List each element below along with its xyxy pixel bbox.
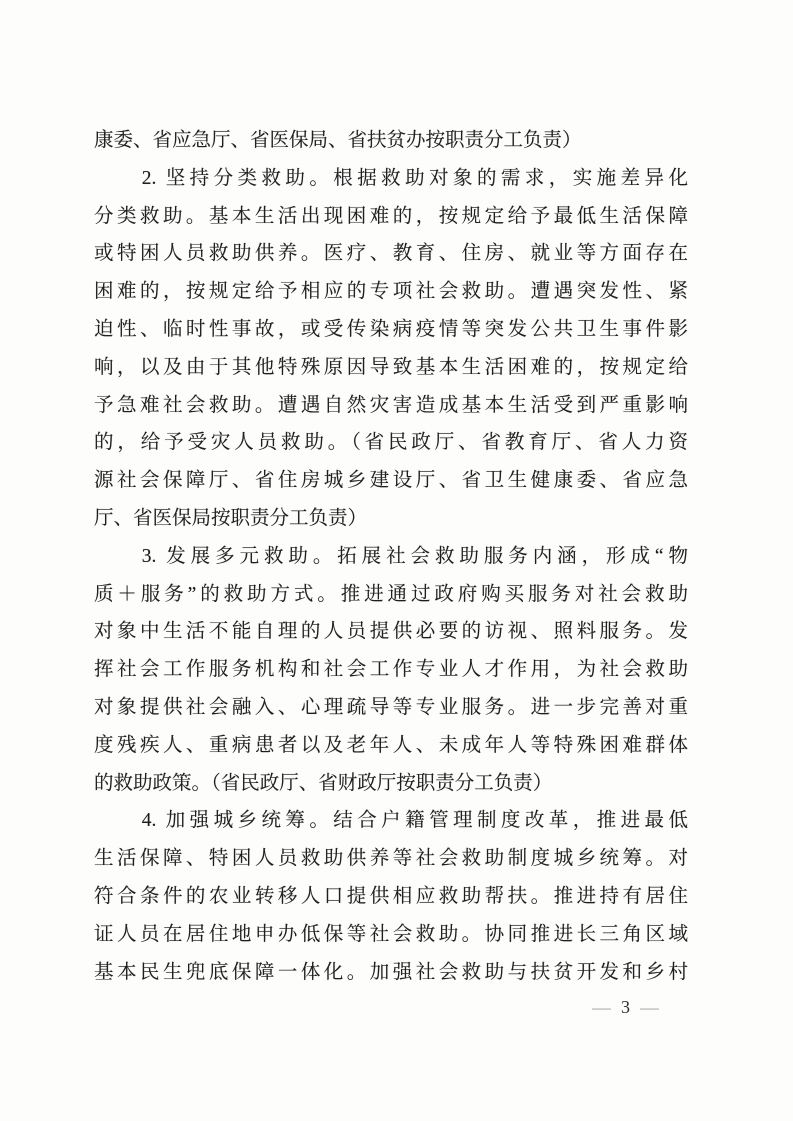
- text-line: 证人员在居住地申办低保等社会救助。协同推进长三角区域: [94, 916, 688, 954]
- text-line: 响，以及由于其他特殊原因导致基本生活困难的，按规定给: [94, 349, 688, 387]
- text-line: 3. 发展多元救助。拓展社会救助服务内涵，形成“物: [94, 538, 688, 576]
- text-line: 的救助政策。（省民政厅、省财政厅按职责分工负责）: [94, 765, 688, 803]
- page-number: — 3 —: [593, 997, 658, 1018]
- page-footer: — 3 —: [0, 997, 793, 1023]
- text-line: 符合条件的农业转移人口提供相应救助帮扶。推进持有居住: [94, 878, 688, 916]
- text-line: 的，给予受灾人员救助。（省民政厅、省教育厅、省人力资: [94, 424, 688, 462]
- text-line: 源社会保障厅、省住房城乡建设厅、省卫生健康委、省应急: [94, 462, 688, 500]
- text-line: 厅、省医保局按职责分工负责）: [94, 500, 688, 538]
- text-line: 分类救助。基本生活出现困难的，按规定给予最低生活保障: [94, 198, 688, 236]
- text-line: 迫性、临时性事故，或受传染病疫情等突发公共卫生事件影: [94, 311, 688, 349]
- text-line: 困难的，按规定给予相应的专项社会救助。遭遇突发性、紧: [94, 273, 688, 311]
- text-line: 或特困人员救助供养。医疗、教育、住房、就业等方面存在: [94, 235, 688, 273]
- text-line: 生活保障、特困人员救助供养等社会救助制度城乡统筹。对: [94, 840, 688, 878]
- document-body: 康委、省应急厅、省医保局、省扶贫办按职责分工负责） 2. 坚持分类救助。根据救助…: [94, 122, 688, 991]
- text-line: 对象中生活不能自理的人员提供必要的访视、照料服务。发: [94, 613, 688, 651]
- page-number-dash-right: —: [640, 998, 659, 1018]
- text-line: 2. 坚持分类救助。根据救助对象的需求，实施差异化: [94, 160, 688, 198]
- text-line: 度残疾人、重病患者以及老年人、未成年人等特殊困难群体: [94, 727, 688, 765]
- page-number-value: 3: [621, 997, 630, 1018]
- text-line: 基本民生兜底保障一体化。加强社会救助与扶贫开发和乡村: [94, 954, 688, 992]
- text-line: 4. 加强城乡统筹。结合户籍管理制度改革，推进最低: [94, 802, 688, 840]
- text-line: 康委、省应急厅、省医保局、省扶贫办按职责分工负责）: [94, 122, 688, 160]
- text-line: 予急难社会救助。遭遇自然灾害造成基本生活受到严重影响: [94, 387, 688, 425]
- text-line: 挥社会工作服务机构和社会工作专业人才作用，为社会救助: [94, 651, 688, 689]
- page-number-dash-left: —: [592, 998, 611, 1018]
- text-line: 质＋服务”的救助方式。推进通过政府购买服务对社会救助: [94, 576, 688, 614]
- document-page: 康委、省应急厅、省医保局、省扶贫办按职责分工负责） 2. 坚持分类救助。根据救助…: [0, 0, 793, 1121]
- text-line: 对象提供社会融入、心理疏导等专业服务。进一步完善对重: [94, 689, 688, 727]
